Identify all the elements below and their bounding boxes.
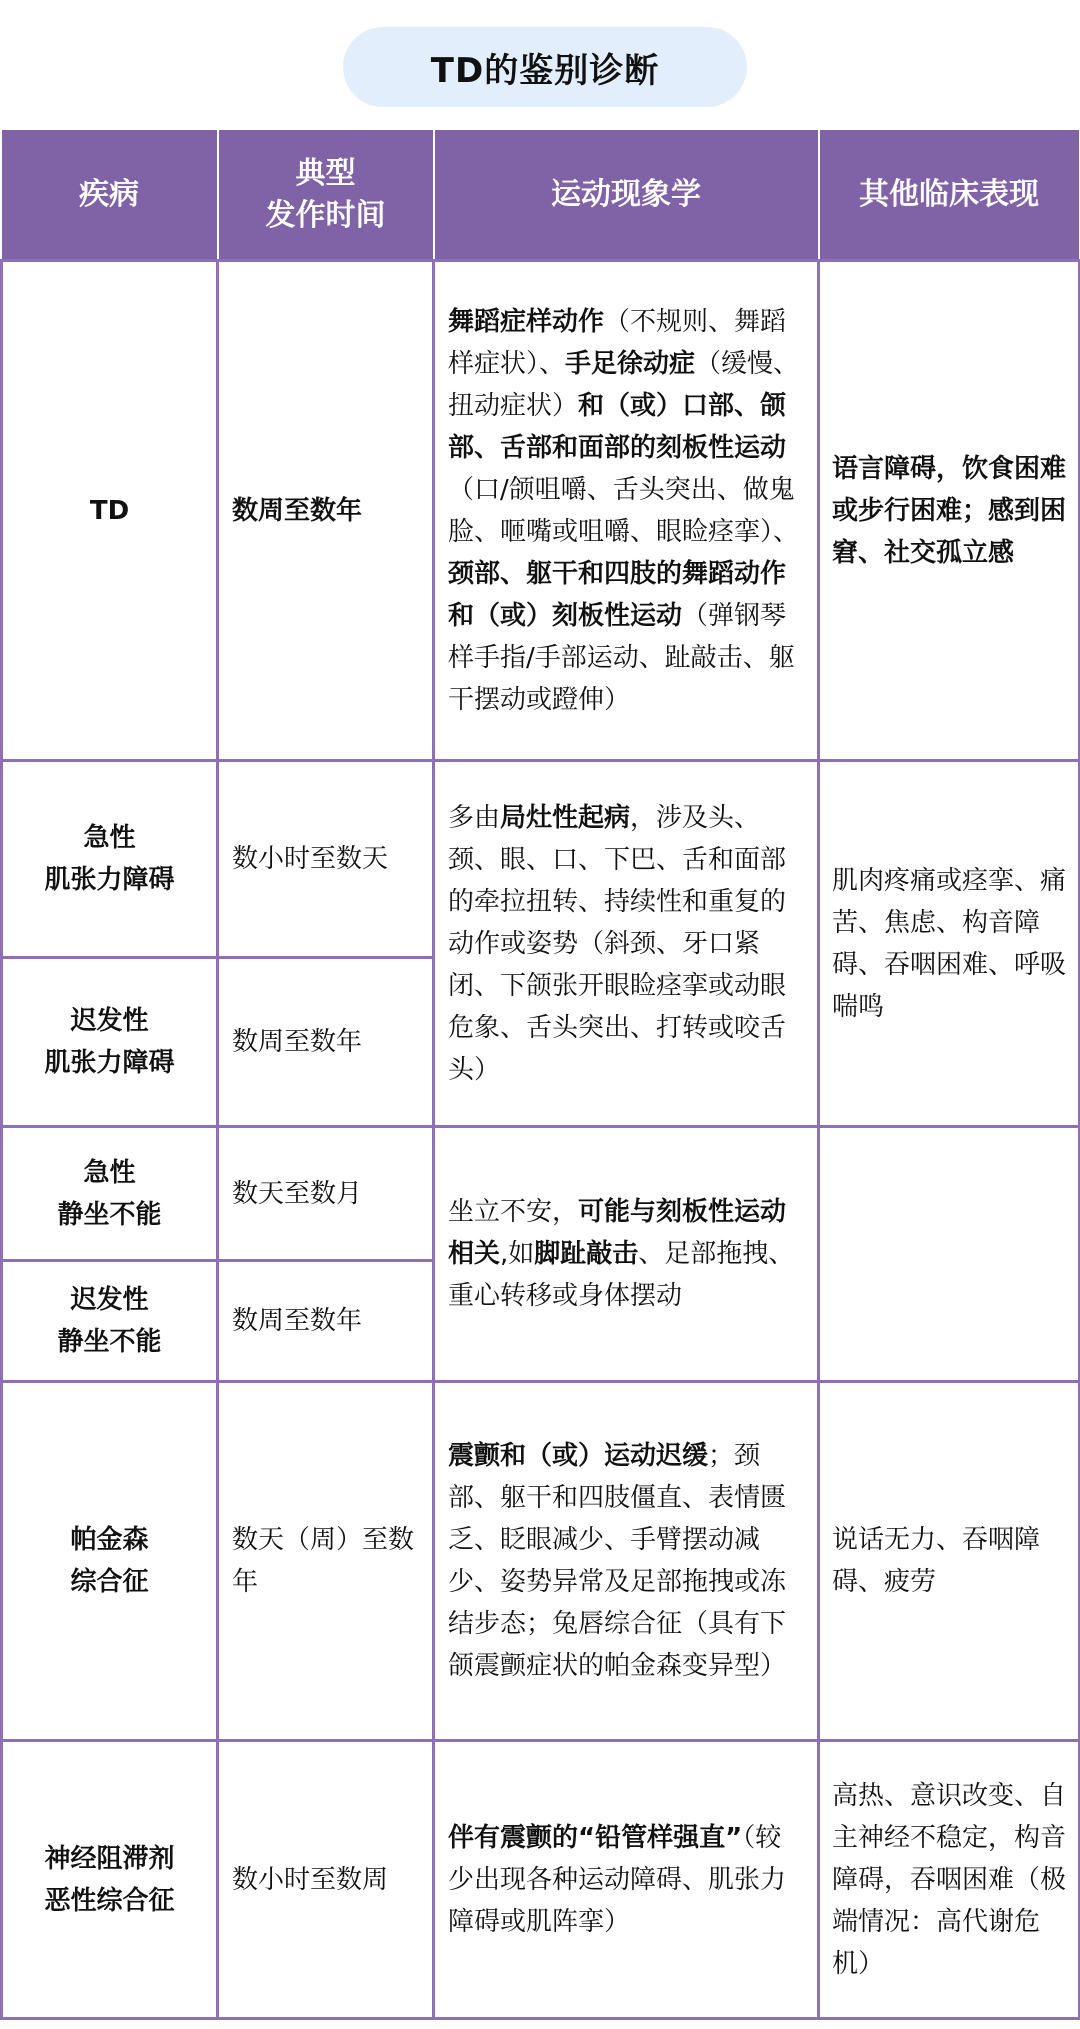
cell-disease: 急性 静坐不能	[2, 1127, 218, 1261]
cell-disease: 帕金森 综合征	[2, 1382, 218, 1741]
disease-line2: 综合征	[15, 1561, 204, 1603]
page-title: TD的鉴别诊断	[431, 43, 659, 92]
cell-disease: 迟发性 肌张力障碍	[2, 958, 218, 1127]
cell-onset: 数周至数年	[218, 1261, 434, 1382]
text-segment: ,如	[500, 1239, 534, 1269]
table-row-acute-akathisia: 急性 静坐不能 数天至数月 坐立不安，可能与刻板性运动相关,如脚趾敲击、足部拖拽…	[2, 1127, 1080, 1261]
disease-line1: 急性	[15, 817, 204, 859]
bold-text-segment: 伴有震颤的“铅管样强直”	[448, 1823, 742, 1853]
bold-text-segment: 局灶性起病	[500, 803, 630, 833]
bold-text-segment: 脚趾敲击	[534, 1239, 638, 1269]
header-other: 其他临床表现	[819, 130, 1080, 261]
text-segment: ，涉及头、颈、眼、口、下巴、舌和面部的牵拉扭转、持续性和重复的动作或姿势（斜颈、…	[448, 803, 786, 1085]
cell-disease: 迟发性 静坐不能	[2, 1261, 218, 1382]
cell-onset: 数周至数年	[218, 958, 434, 1127]
bold-text-segment: 手足徐动症	[565, 349, 695, 379]
cell-other: 肌肉疼痛或痉挛、痛苦、焦虑、构音障碍、吞咽困难、呼吸喘鸣	[819, 761, 1080, 1127]
table-row-td: TD 数周至数年 舞蹈症样动作（不规则、舞蹈样症状）、手足徐动症（缓慢、扭动症状…	[2, 261, 1080, 761]
cell-onset: 数周至数年	[218, 261, 434, 761]
cell-other: 高热、意识改变、自主神经不稳定，构音障碍，吞咽困难（极端情况：高代谢危机）	[819, 1741, 1080, 2019]
header-onset: 典型 发作时间	[218, 130, 434, 261]
disease-line1: 神经阻滞剂	[15, 1838, 204, 1880]
disease-line1: 迟发性	[15, 1279, 204, 1321]
table-row-parkinsonism: 帕金森 综合征 数天（周）至数年 震颤和（或）运动迟缓；颈部、躯干和四肢僵直、表…	[2, 1382, 1080, 1741]
disease-line1: 急性	[15, 1152, 204, 1194]
cell-motor: 坐立不安，可能与刻板性运动相关,如脚趾敲击、足部拖拽、重心转移或身体摆动	[434, 1127, 819, 1382]
text-segment: ；颈部、躯干和四肢僵直、表情匮乏、眨眼减少、手臂摆动减少、姿势异常及足部拖拽或冻…	[448, 1441, 786, 1681]
disease-line1: 帕金森	[15, 1519, 204, 1561]
cell-disease: 急性 肌张力障碍	[2, 761, 218, 958]
header-motor: 运动现象学	[434, 130, 819, 261]
bold-text-segment: 震颤和（或）运动迟缓	[448, 1441, 708, 1471]
table-row-acute-dystonia: 急性 肌张力障碍 数小时至数天 多由局灶性起病，涉及头、颈、眼、口、下巴、舌和面…	[2, 761, 1080, 958]
disease-line2: 肌张力障碍	[15, 1042, 204, 1084]
header-onset-line2: 发作时间	[219, 195, 433, 237]
title-pill: TD的鉴别诊断	[343, 27, 747, 107]
header-onset-line1: 典型	[219, 153, 433, 195]
cell-onset: 数小时至数周	[218, 1741, 434, 2019]
bold-text-segment: 舞蹈症样动作	[448, 307, 604, 337]
table-header-row: 疾病 典型 发作时间 运动现象学 其他临床表现	[2, 130, 1080, 261]
cell-disease: 神经阻滞剂 恶性综合征	[2, 1741, 218, 2019]
cell-motor: 伴有震颤的“铅管样强直”（较少出现各种运动障碍、肌张力障碍或肌阵挛）	[434, 1741, 819, 2019]
text-segment: 坐立不安，	[448, 1197, 578, 1227]
header-disease: 疾病	[2, 130, 218, 261]
text-segment: 多由	[448, 803, 500, 833]
disease-line2: 静坐不能	[15, 1194, 204, 1236]
cell-disease: TD	[2, 261, 218, 761]
cell-other: 说话无力、吞咽障碍、疲劳	[819, 1382, 1080, 1741]
disease-line2: 恶性综合征	[15, 1880, 204, 1922]
cell-onset: 数天（周）至数年	[218, 1382, 434, 1741]
table-row-nms: 神经阻滞剂 恶性综合征 数小时至数周 伴有震颤的“铅管样强直”（较少出现各种运动…	[2, 1741, 1080, 2019]
cell-onset: 数小时至数天	[218, 761, 434, 958]
differential-diagnosis-table: 疾病 典型 发作时间 运动现象学 其他临床表现 TD 数周至数年 舞蹈症样动作（…	[0, 130, 1080, 2020]
cell-motor: 舞蹈症样动作（不规则、舞蹈样症状）、手足徐动症（缓慢、扭动症状）和（或）口部、颌…	[434, 261, 819, 761]
cell-other: 语言障碍，饮食困难或步行困难；感到困窘、社交孤立感	[819, 261, 1080, 761]
cell-motor: 震颤和（或）运动迟缓；颈部、躯干和四肢僵直、表情匮乏、眨眼减少、手臂摆动减少、姿…	[434, 1382, 819, 1741]
text-segment: （口/颌咀嚼、舌头突出、做鬼脸、咂嘴或咀嚼、眼睑痉挛）、	[448, 475, 799, 547]
disease-line2: 肌张力障碍	[15, 859, 204, 901]
cell-motor: 多由局灶性起病，涉及头、颈、眼、口、下巴、舌和面部的牵拉扭转、持续性和重复的动作…	[434, 761, 819, 1127]
disease-line2: 静坐不能	[15, 1321, 204, 1363]
cell-other	[819, 1127, 1080, 1382]
disease-line1: 迟发性	[15, 1000, 204, 1042]
cell-onset: 数天至数月	[218, 1127, 434, 1261]
